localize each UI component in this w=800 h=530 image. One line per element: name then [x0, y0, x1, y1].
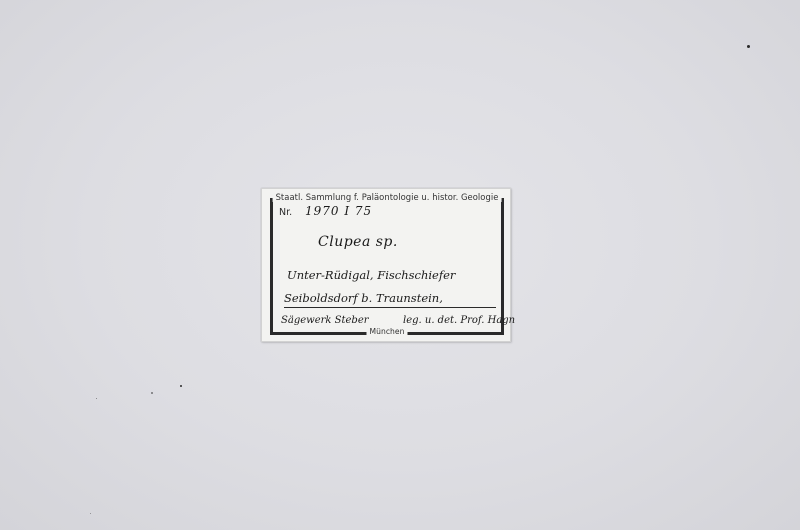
dust-speck — [90, 513, 91, 514]
dust-speck — [180, 385, 182, 387]
dust-speck — [151, 392, 153, 394]
frame-bottom-rule: München — [270, 332, 504, 335]
taxon-name: Clupea sp. — [318, 234, 398, 250]
site-text: Sägewerk Steber — [281, 315, 369, 326]
city-footer: München — [366, 327, 407, 336]
dust-speck — [747, 45, 750, 48]
label-frame: Staatl. Sammlung f. Paläontologie u. his… — [270, 198, 504, 335]
catalog-number-label: Nr. — [279, 207, 292, 218]
frame-top-rule: Staatl. Sammlung f. Paläontologie u. his… — [270, 198, 504, 201]
catalog-number-value: 1970 I 75 — [305, 204, 372, 218]
collector-text: leg. u. det. Prof. Hagn — [403, 315, 515, 326]
specimen-label: Staatl. Sammlung f. Paläontologie u. his… — [261, 188, 511, 342]
locality-text: Seiboldsdorf b. Traunstein, — [284, 291, 496, 308]
institution-header: Staatl. Sammlung f. Paläontologie u. his… — [273, 192, 502, 202]
dust-speck — [96, 398, 97, 399]
stratigraphy-text: Unter-Rüdigal, Fischschiefer — [287, 268, 455, 282]
